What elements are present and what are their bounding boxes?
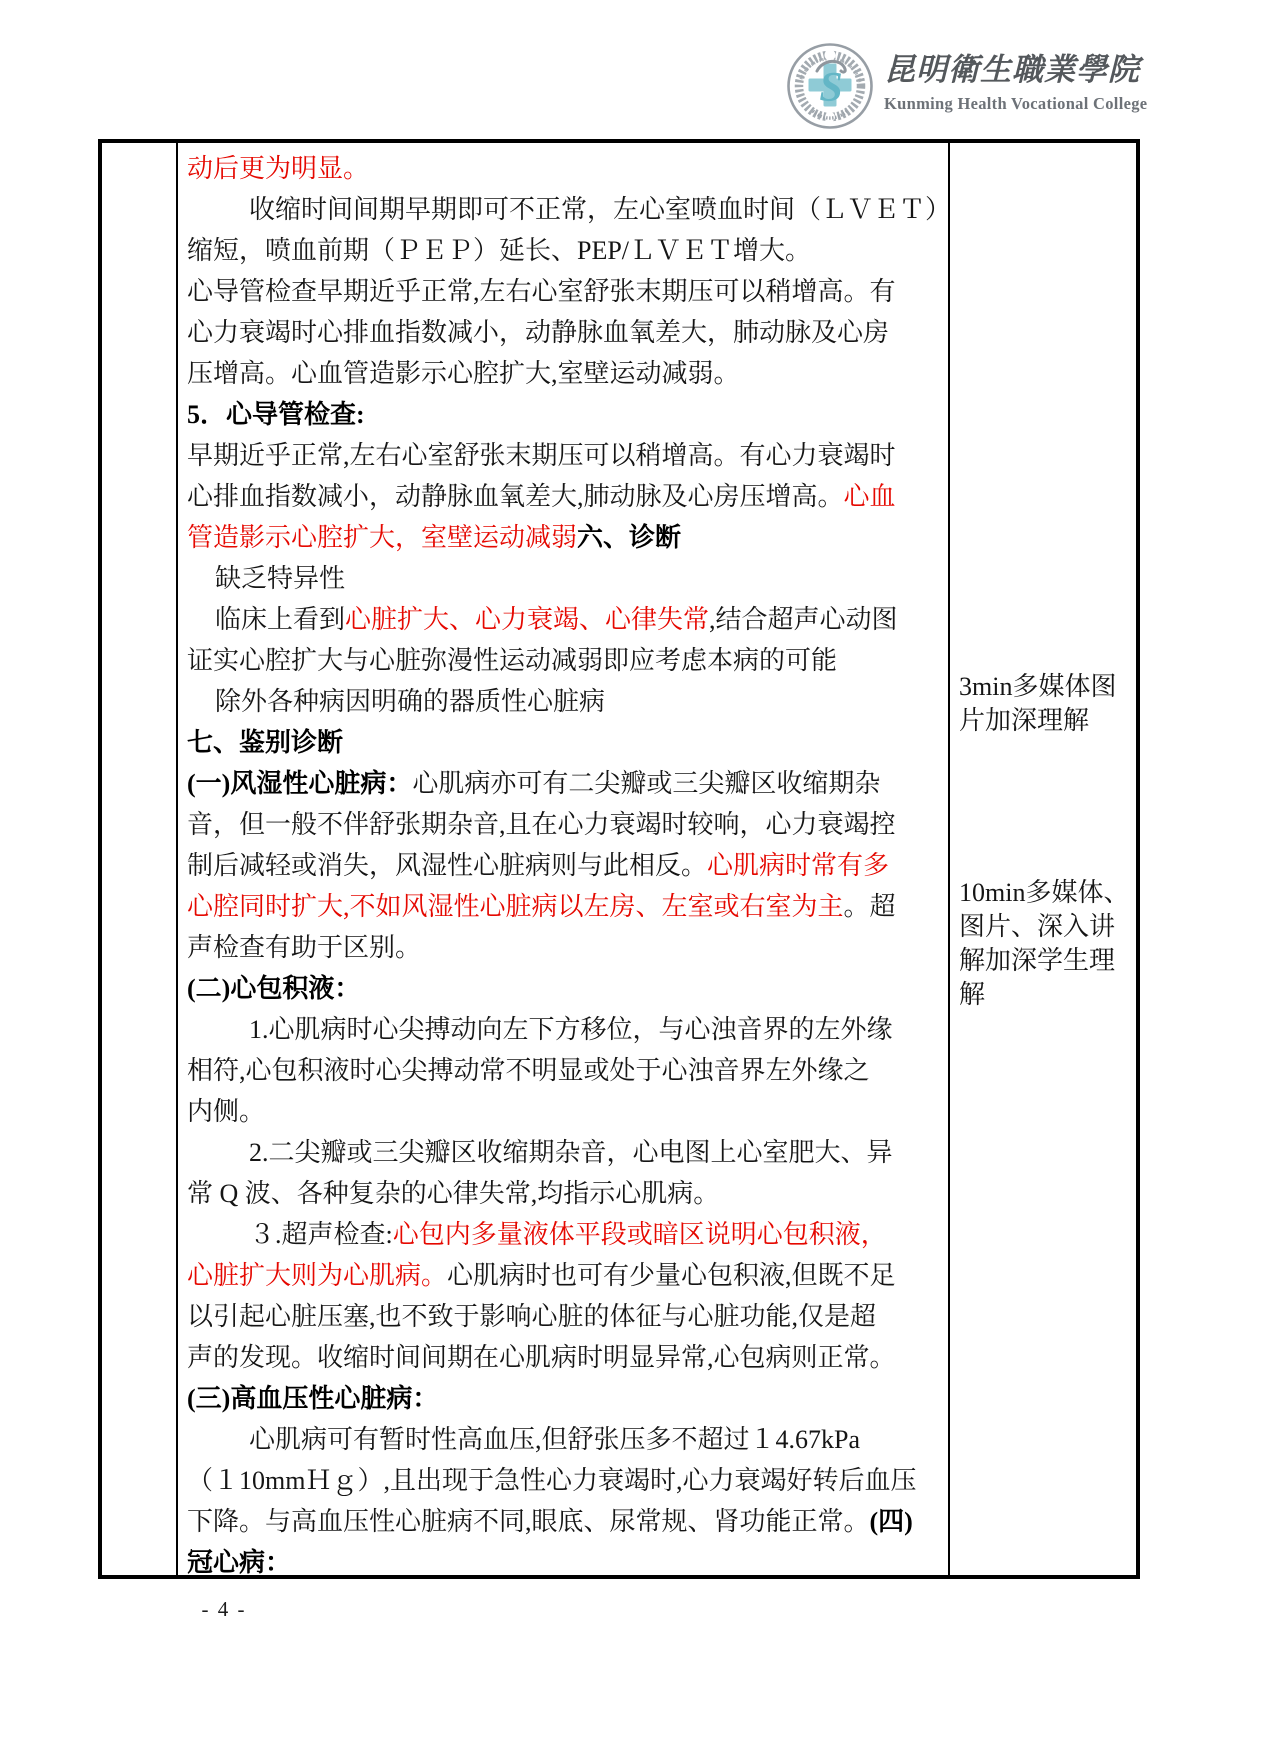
- text-line-33: （１10mmＨｇ）,且出现于急性心力衰竭时,心力衰竭好转后血压: [187, 1460, 946, 1501]
- table-left-column: [102, 143, 178, 1575]
- text-line-15: 七、鉴别诊断: [187, 722, 946, 763]
- text-line-8: 早期近乎正常,左右心室舒张末期压可以稍增高。有心力衰竭时: [187, 435, 946, 476]
- text-line-10: 管造影示心腔扩大，室壁运动减弱六、诊断: [187, 517, 946, 558]
- college-name-block: 昆明衛生職業學院 Kunming Health Vocational Colle…: [884, 50, 1147, 114]
- college-logo: S 昆明衛生職業學院 Kunming Health Vocational Col…: [786, 42, 1147, 130]
- annotation-10min-media: 10min多媒体、图片、深入讲解加深学生理解: [959, 876, 1134, 1012]
- text-line-5: 心力衰竭时心排血指数减小，动静脉血氧差大，肺动脉及心房: [187, 312, 946, 353]
- text-line-25: 2.二尖瓣或三尖瓣区收缩期杂音，心电图上心室肥大、异: [187, 1132, 946, 1173]
- page-number: - 4 -: [178, 1597, 270, 1622]
- text-line-34: 下降。与高血压性心脏病不同,眼底、尿常规、肾功能正常。(四): [187, 1501, 946, 1542]
- text-line-20: 声检查有助于区别。: [187, 927, 946, 968]
- college-seal-icon: S: [786, 42, 874, 130]
- text-line-32: 心肌病可有暂时性高血压,但舒张压多不超过１4.67kPa: [187, 1419, 946, 1460]
- text-line-4: 心导管检查早期近乎正常,左右心室舒张末期压可以稍增高。有: [187, 271, 946, 312]
- text-line-27: ３.超声检查:心包内多量液体平段或暗区说明心包积液，: [187, 1214, 946, 1255]
- lesson-plan-table: 动后更为明显。收缩时间间期早期即可不正常，左心室喷血时间（ＬＶＥＴ）缩短，喷血前…: [98, 139, 1140, 1579]
- text-line-6: 压增高。心血管造影示心腔扩大,室壁运动减弱。: [187, 353, 946, 394]
- text-line-18: 制后减轻或消失，风湿性心脏病则与此相反。心肌病时常有多: [187, 845, 946, 886]
- text-line-24: 内侧。: [187, 1091, 946, 1132]
- text-line-16: (一)风湿性心脏病：心肌病亦可有二尖瓣或三尖瓣区收缩期杂: [187, 763, 946, 804]
- text-line-28: 心脏扩大则为心肌病。心肌病时也可有少量心包积液,但既不足: [187, 1255, 946, 1296]
- text-line-17: 音，但一般不伴舒张期杂音,且在心力衰竭时较响，心力衰竭控: [187, 804, 946, 845]
- text-line-30: 声的发现。收缩时间间期在心肌病时明显异常,心包病则正常。: [187, 1337, 946, 1378]
- lesson-content-column: 动后更为明显。收缩时间间期早期即可不正常，左心室喷血时间（ＬＶＥＴ）缩短，喷血前…: [178, 143, 950, 1575]
- teaching-notes-column: 3min多媒体图片加深理解 10min多媒体、图片、深入讲解加深学生理解: [950, 143, 1136, 1575]
- text-line-21: (二)心包积液：: [187, 968, 946, 1009]
- text-line-9: 心排血指数减小，动静脉血氧差大,肺动脉及心房压增高。心血: [187, 476, 946, 517]
- text-line-11: 缺乏特异性: [187, 558, 946, 599]
- college-name-zh: 昆明衛生職業學院: [884, 50, 1147, 90]
- text-line-35: 冠心病：: [187, 1542, 946, 1575]
- annotation-3min-media: 3min多媒体图片加深理解: [959, 670, 1134, 738]
- text-line-2: 收缩时间间期早期即可不正常，左心室喷血时间（ＬＶＥＴ）: [187, 189, 946, 230]
- text-line-3: 缩短，喷血前期（ＰＥＰ）延长、PEP/ＬＶＥＴ增大。: [187, 230, 946, 271]
- text-line-14: 除外各种病因明确的器质性心脏病: [187, 681, 946, 722]
- text-line-12: 临床上看到心脏扩大、心力衰竭、心律失常,结合超声心动图: [187, 599, 946, 640]
- text-line-23: 相符,心包积液时心尖搏动常不明显或处于心浊音界左外缘之: [187, 1050, 946, 1091]
- text-line-7: 5．心导管检查:: [187, 394, 946, 435]
- document-page: S 昆明衛生職業學院 Kunming Health Vocational Col…: [0, 0, 1271, 1763]
- college-name-en: Kunming Health Vocational College: [884, 94, 1147, 114]
- text-line-29: 以引起心脏压塞,也不致于影响心脏的体征与心脏功能,仅是超: [187, 1296, 946, 1337]
- text-line-13: 证实心腔扩大与心脏弥漫性运动减弱即应考虑本病的可能: [187, 640, 946, 681]
- text-line-1: 动后更为明显。: [187, 148, 946, 189]
- svg-text:S: S: [819, 65, 842, 111]
- text-line-26: 常 Q 波、各种复杂的心律失常,均指示心肌病。: [187, 1173, 946, 1214]
- text-line-22: 1.心肌病时心尖搏动向左下方移位，与心浊音界的左外缘: [187, 1009, 946, 1050]
- text-line-19: 心腔同时扩大,不如风湿性心脏病以左房、左室或右室为主。超: [187, 886, 946, 927]
- text-line-31: (三)高血压性心脏病：: [187, 1378, 946, 1419]
